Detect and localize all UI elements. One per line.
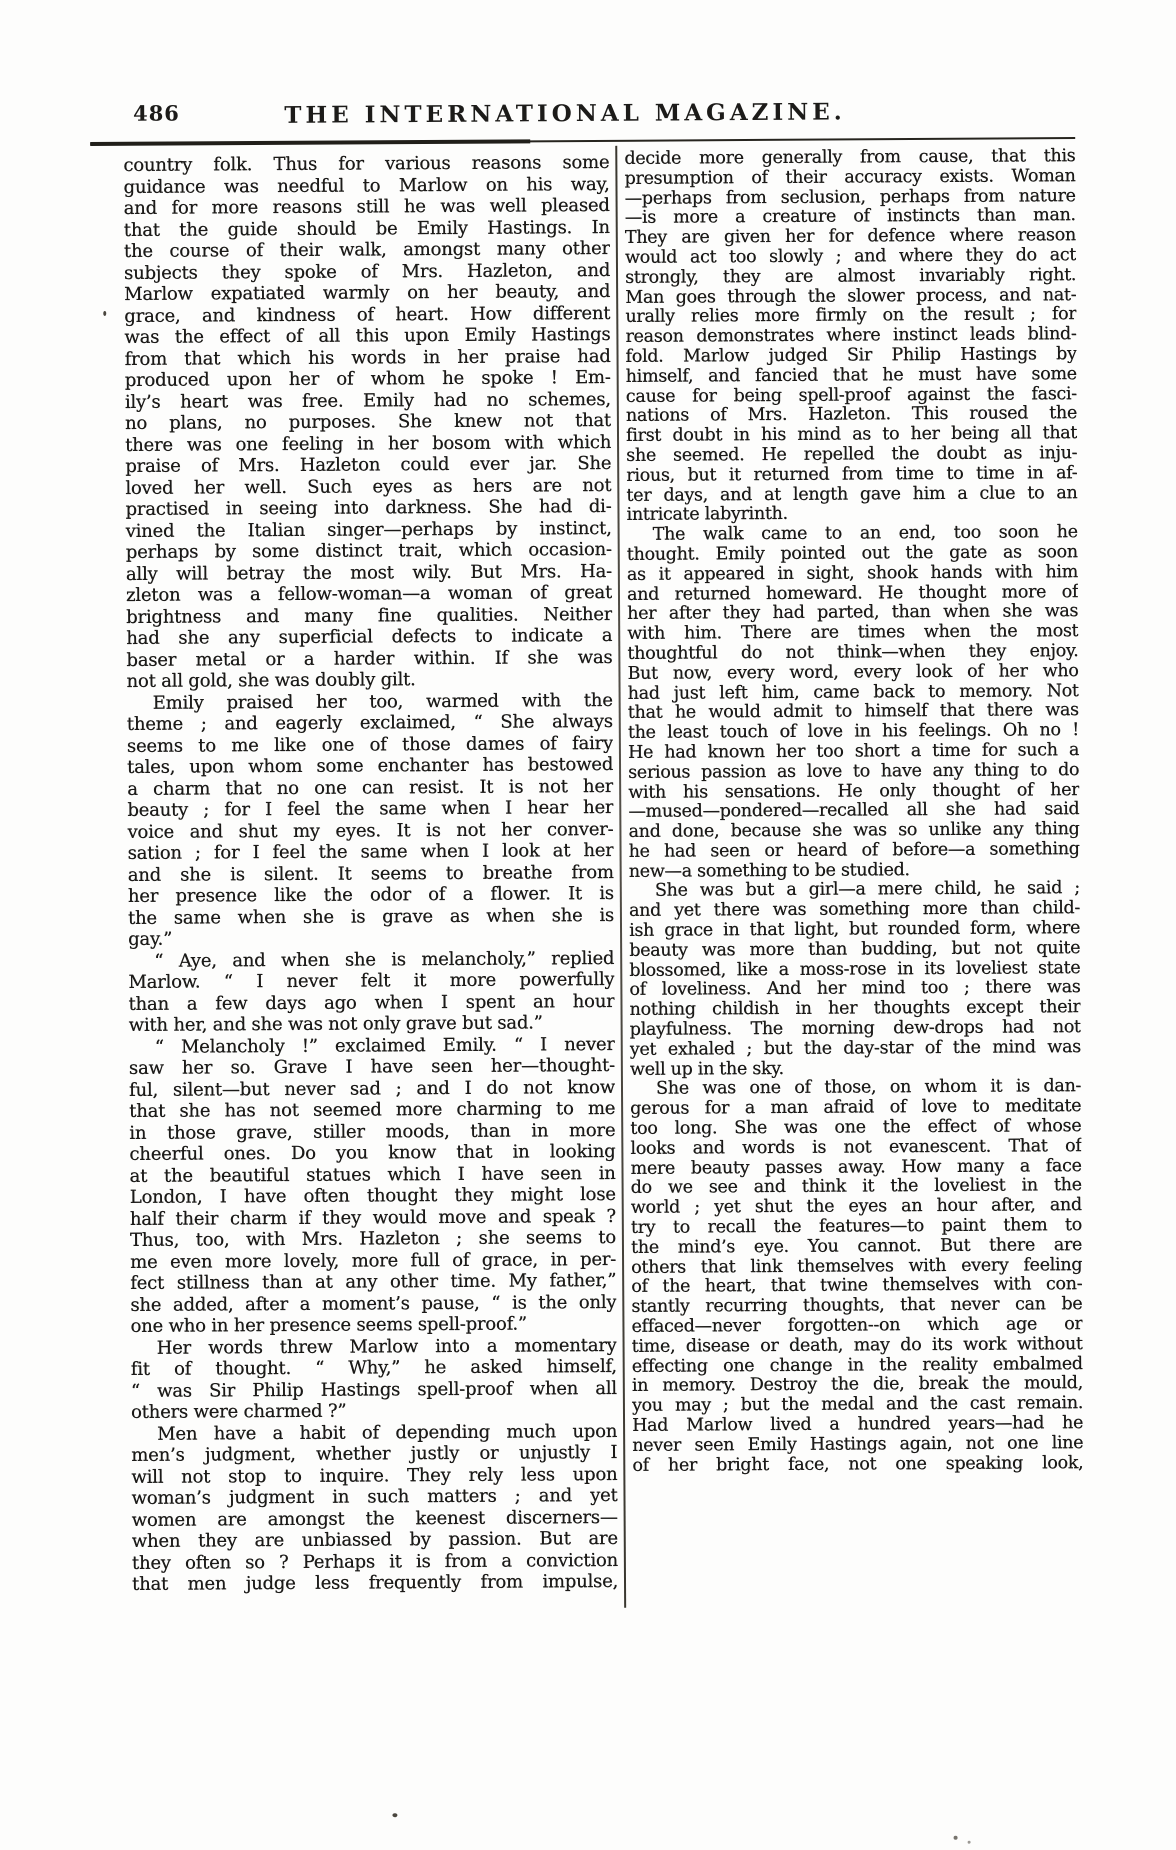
text-line: not all gold, she was doubly gilt. xyxy=(126,668,612,692)
text-line: than a few days ago when I spent an hour xyxy=(128,990,614,1014)
text-line: would act too slowly ; and where they do… xyxy=(625,246,1076,269)
text-line: She was one of those, on whom it is dan- xyxy=(630,1077,1081,1100)
text-line: —is more a creature of instincts than ma… xyxy=(625,206,1076,229)
text-line: women are amongst the keenest discerners… xyxy=(132,1506,618,1530)
text-line: of her bright face, not one speaking loo… xyxy=(632,1454,1083,1477)
text-line: was the effect of all this upon Emily Ha… xyxy=(124,324,610,348)
text-line: mere beauty passes away. How many a face xyxy=(630,1157,1081,1180)
text-line: that men judge less frequently from impu… xyxy=(132,1571,618,1595)
text-line: with his sensations. He only thought of … xyxy=(628,780,1079,803)
text-line: from that which his words in her praise … xyxy=(124,345,610,369)
text-line: blossomed, like a moss-rose in its lovel… xyxy=(629,959,1080,982)
text-line: But now, every word, every look of her w… xyxy=(627,662,1078,685)
text-line: that she has not seemed more charming to… xyxy=(129,1098,615,1122)
text-line: Emily praised her too, warmed with the xyxy=(127,689,613,713)
text-line: Thus, too, with Mrs. Hazleton ; she seem… xyxy=(130,1227,616,1251)
text-line: He had known her too short a time for su… xyxy=(628,741,1079,764)
text-line: beauty ; for I feel the same when I hear… xyxy=(127,797,613,821)
scanned-magazine-page: 486 THE INTERNATIONAL MAGAZINE. country … xyxy=(0,0,1176,1850)
text-line: they often so ? Perhaps it is from a con… xyxy=(132,1549,618,1573)
text-line: with her, and she was not only grave but… xyxy=(129,1012,615,1036)
text-line: vined the Italian singer—perhaps by inst… xyxy=(126,517,612,541)
text-line: do we see and think it the loveliest in … xyxy=(631,1176,1082,1199)
text-line: voice and shut my eyes. It is not her co… xyxy=(127,818,613,842)
text-line: try to recall the features—to paint them… xyxy=(631,1216,1082,1239)
text-line: me even more lovely, more full of grace,… xyxy=(130,1248,616,1272)
text-line: tales, upon whom some enchanter has best… xyxy=(127,754,613,778)
text-line: one who in her presence seems spell-proo… xyxy=(130,1313,616,1337)
text-line: a charm that no one can resist. It is no… xyxy=(127,775,613,799)
text-line: when they are unbiassed by passion. But … xyxy=(132,1528,618,1552)
text-line: too long. She was one the effect of whos… xyxy=(630,1117,1081,1140)
page-sheet: 486 THE INTERNATIONAL MAGAZINE. country … xyxy=(0,0,1176,1850)
text-line: baser metal or a harder within. If she w… xyxy=(126,646,612,670)
text-line: Marlow. “ I never felt it more powerfull… xyxy=(128,969,614,993)
text-line: Her words threw Marlow into a momentary xyxy=(131,1334,617,1358)
text-line: her presence like the odor of a flower. … xyxy=(128,883,614,907)
text-line: perhaps by some distinct trait, which oc… xyxy=(126,539,612,563)
text-line: there was one feeling in her bosom with … xyxy=(125,431,611,455)
text-line: in memory. Destroy the die, break the mo… xyxy=(632,1374,1083,1397)
text-line: sation ; for I feel the same when I look… xyxy=(127,840,613,864)
text-line: ful, silent—but never sad ; and I do not… xyxy=(129,1076,615,1100)
text-line: London, I have often thought they might … xyxy=(130,1184,616,1208)
text-line: you may ; but the medal and the cast rem… xyxy=(632,1394,1083,1417)
text-line: the course of their walk, amongst many o… xyxy=(124,238,610,262)
text-line: practised in seeing into darkness. She h… xyxy=(125,496,611,520)
header-rule-left-segment xyxy=(90,139,530,146)
scan-speck xyxy=(103,311,106,316)
text-line: The walk came to an end, too soon he xyxy=(627,523,1078,546)
text-line: the mind’s eye. You cannot. But there ar… xyxy=(631,1236,1082,1259)
text-line: —mused—pondered—recalled all she had sai… xyxy=(628,800,1079,823)
text-line: others were charmed ?” xyxy=(131,1399,617,1423)
text-line: produced upon her of whom he spoke ! Em- xyxy=(125,367,611,391)
text-line: as it appeared in sight, shook hands wit… xyxy=(627,563,1078,586)
text-line: brightness and many fine qualities. Neit… xyxy=(126,603,612,627)
text-line: seems to me like one of those dames of f… xyxy=(127,732,613,756)
text-line: beauty was more than budding, but not qu… xyxy=(629,939,1080,962)
text-line: nations of Mrs. Hazleton. This roused th… xyxy=(626,404,1077,427)
text-line: subjects they spoke of Mrs. Hazleton, an… xyxy=(124,259,610,283)
text-line: zleton was a fellow-woman—a woman of gre… xyxy=(126,582,612,606)
text-line: well up in the sky. xyxy=(630,1058,1081,1081)
text-line: theme ; and eagerly exclaimed, “ She alw… xyxy=(127,711,613,735)
text-line: playfulness. The morning dew-drops had n… xyxy=(630,1018,1081,1041)
text-line: the least touch of love in his feelings.… xyxy=(628,721,1079,744)
text-line: Man goes through the slower process, and… xyxy=(625,286,1076,309)
text-line: never seen Emily Hastings again, not one… xyxy=(632,1434,1083,1457)
text-line: ally will betray the most wily. But Mrs.… xyxy=(126,560,612,584)
text-line: with him. There are times when the most xyxy=(627,622,1078,645)
text-line: the same when she is grave as when she i… xyxy=(128,904,614,928)
text-line: ter days, and at length gave him a clue … xyxy=(626,484,1077,507)
text-line: men’s judgment, whether justly or unjust… xyxy=(131,1442,617,1466)
text-line: gay.” xyxy=(128,926,614,950)
text-line: stantly recurring thoughts, that never c… xyxy=(631,1295,1082,1318)
text-line: She was but a girl—a mere child, he said… xyxy=(629,879,1080,902)
text-line: looks and words is not evanescent. That … xyxy=(630,1137,1081,1160)
text-line: “ Melancholy !” exclaimed Emily. “ I nev… xyxy=(129,1033,615,1057)
scan-speck xyxy=(392,1813,397,1817)
text-line: “ was Sir Philip Hastings spell-proof wh… xyxy=(131,1377,617,1401)
text-line: fect stillness than at any other time. M… xyxy=(130,1270,616,1294)
text-line: decide more generally from cause, that t… xyxy=(624,147,1075,170)
text-line: fit of thought. “ Why,” he asked himself… xyxy=(131,1356,617,1380)
text-line: at the beautiful statues which I have se… xyxy=(129,1162,615,1186)
text-line: world ; yet shut the eyes an hour after,… xyxy=(631,1196,1082,1219)
text-line: thoughtful do not think—when they enjoy. xyxy=(627,642,1078,665)
column-divider xyxy=(615,146,626,1608)
text-line: others that link themselves with every f… xyxy=(631,1256,1082,1279)
text-line: strongly, they are almost invariably rig… xyxy=(625,266,1076,289)
right-text-column: decide more generally from cause, that t… xyxy=(624,147,1083,1476)
text-line: in those grave, stiller moods, than in m… xyxy=(129,1119,615,1143)
text-line: had she any superficial defects to indic… xyxy=(126,625,612,649)
text-line: she seemed. He repelled the doubt as inj… xyxy=(626,444,1077,467)
text-line: reason demonstrates where instinct leads… xyxy=(625,325,1076,348)
text-line: of loveliness. And her mind too ; there … xyxy=(629,978,1080,1001)
text-line: —perhaps from seclusion, perhaps from na… xyxy=(625,187,1076,210)
text-line: of the heart, that twine themselves with… xyxy=(631,1275,1082,1298)
text-line: country folk. Thus for various reasons s… xyxy=(123,152,609,176)
text-line: ily’s heart was free. Emily had no schem… xyxy=(125,388,611,412)
text-line: yet exhaled ; but the day-star of the mi… xyxy=(630,1038,1081,1061)
text-line: grace, and kindness of heart. How differ… xyxy=(124,302,610,326)
text-line: presumption of their accuracy exists. Wo… xyxy=(624,167,1075,190)
text-line: her after they had parted, than when she… xyxy=(627,602,1078,625)
text-line: she added, after a moment’s pause, “ is … xyxy=(130,1291,616,1315)
text-line: cause for being spell-proof against the … xyxy=(626,385,1077,408)
text-line: woman’s judgment in such matters ; and y… xyxy=(131,1485,617,1509)
text-line: Men have a habit of depending much upon xyxy=(131,1420,617,1444)
text-line: effaced—never forgotten--on which age or xyxy=(631,1315,1082,1338)
text-line: guidance was needful to Marlow on his wa… xyxy=(123,173,609,197)
text-line: intricate labyrinth. xyxy=(626,503,1077,526)
text-line: and done, because she was so unlike any … xyxy=(628,820,1079,843)
text-line: “ Aye, and when she is melancholy,” repl… xyxy=(128,947,614,971)
magazine-title: THE INTERNATIONAL MAGAZINE. xyxy=(90,97,1040,130)
text-line: Had Marlow lived a hundred years—had he xyxy=(632,1414,1083,1437)
text-line: and returned homeward. He thought more o… xyxy=(627,583,1078,606)
text-line: time, disease or death, may do its work … xyxy=(632,1335,1083,1358)
text-line: loved her well. Such eyes as hers are no… xyxy=(125,474,611,498)
text-line: half their charm if they would move and … xyxy=(130,1205,616,1229)
text-line: They are given her for defence where rea… xyxy=(625,226,1076,249)
text-line: new—a something to be studied. xyxy=(629,860,1080,883)
text-line: saw her so. Grave I have seen her—though… xyxy=(129,1055,615,1079)
text-line: cheerful ones. Do you know that in looki… xyxy=(129,1141,615,1165)
text-line: effecting one change in the reality emba… xyxy=(632,1355,1083,1378)
text-line: praise of Mrs. Hazleton could ever jar. … xyxy=(125,453,611,477)
scan-speck xyxy=(968,1841,971,1844)
text-line: that the guide should be Emily Hastings.… xyxy=(124,216,610,240)
text-line: himself, and fancied that he must have s… xyxy=(626,365,1077,388)
text-line: first doubt in his mind as to her being … xyxy=(626,424,1077,447)
text-line: and yet there was something more than ch… xyxy=(629,899,1080,922)
text-line: had just left him, came back to memory. … xyxy=(628,682,1079,705)
text-line: no plans, no purposes. She knew not that xyxy=(125,410,611,434)
text-line: fold. Marlow judged Sir Philip Hastings … xyxy=(625,345,1076,368)
text-line: will not stop to inquire. They rely less… xyxy=(131,1463,617,1487)
scan-speck xyxy=(954,1836,958,1840)
text-line: serious passion as love to have any thin… xyxy=(628,761,1079,784)
text-line: and she is silent. It seems to breathe f… xyxy=(128,861,614,885)
text-line: gerous for a man afraid of love to medit… xyxy=(630,1097,1081,1120)
text-line: thought. Emily pointed out the gate as s… xyxy=(627,543,1078,566)
left-text-column: country folk. Thus for various reasons s… xyxy=(123,152,618,1595)
text-line: rious, but it returned from time to time… xyxy=(626,464,1077,487)
text-line: Marlow expatiated warmly on her beauty, … xyxy=(124,281,610,305)
text-line: he had seen or heard of before—a somethi… xyxy=(628,840,1079,863)
text-line: urally relies more firmly on the result … xyxy=(625,305,1076,328)
text-line: nothing childish in her thoughts except … xyxy=(629,998,1080,1021)
text-line: ish grace in that light, but rounded for… xyxy=(629,919,1080,942)
text-line: that he would admit to himself that ther… xyxy=(628,701,1079,724)
text-line: and for more reasons still he was well p… xyxy=(124,195,610,219)
